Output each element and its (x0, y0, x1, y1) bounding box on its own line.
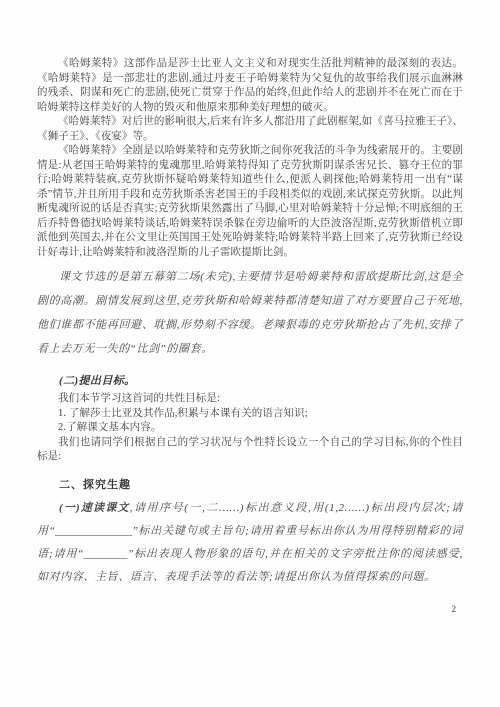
fill-in-blank-2: “________” (77, 548, 133, 560)
paragraph-excerpt-note: 课文节选的是第五幕第二场(未完),主要情节是哈姆莱特和雷欧提斯比剑,这是全剧的高… (37, 265, 463, 361)
heading-explore-interest: 二、探究生趣 (37, 476, 463, 492)
heading-present-goals: (二)提出目标。 (37, 372, 463, 388)
goals-intro-line: 我们本节学习这首词的共性目标是: (37, 392, 463, 407)
goal-item-2: 2.了解课文基本内容。 (37, 421, 463, 436)
paragraph-hamlet-influence: 《哈姆莱特》对后世的影响很大,后来有许多人都沿用了此剧框架,如《喜马拉雅王子》、… (37, 115, 463, 144)
page-number: 2 (452, 604, 457, 614)
paragraph-plot-summary: 《哈姆莱特》全剧是以哈姆莱特和克劳狄斯之间你死我活的斗争为线索展开的。主要剧情是… (37, 144, 463, 260)
fill-in-blank-1: “______________” (49, 525, 138, 537)
paragraph-reading-task: (一)速读课文,请用序号(一,二……)标出意义段,用(1,2……)标出段内层次;… (37, 497, 463, 589)
footer-row: 2 (37, 599, 463, 617)
task-lead-label: (一)速读课文 (59, 502, 130, 514)
goals-personal-line: 我们也请同学们根据自己的学习状况与个性特长设立一个自己的学习目标,你的个性目标是… (37, 436, 463, 465)
goal-item-1: 1. 了解莎士比亚及其作品,积累与本课有关的语言知识; (37, 407, 463, 422)
paragraph-hamlet-intro: 《哈姆莱特》这部作品是莎士比亚人文主义和对现实生活批判精神的最深刻的表达。《哈姆… (37, 57, 463, 115)
document-page: 《哈姆莱特》这部作品是莎士比亚人文主义和对现实生活批判精神的最深刻的表达。《哈姆… (0, 0, 500, 707)
